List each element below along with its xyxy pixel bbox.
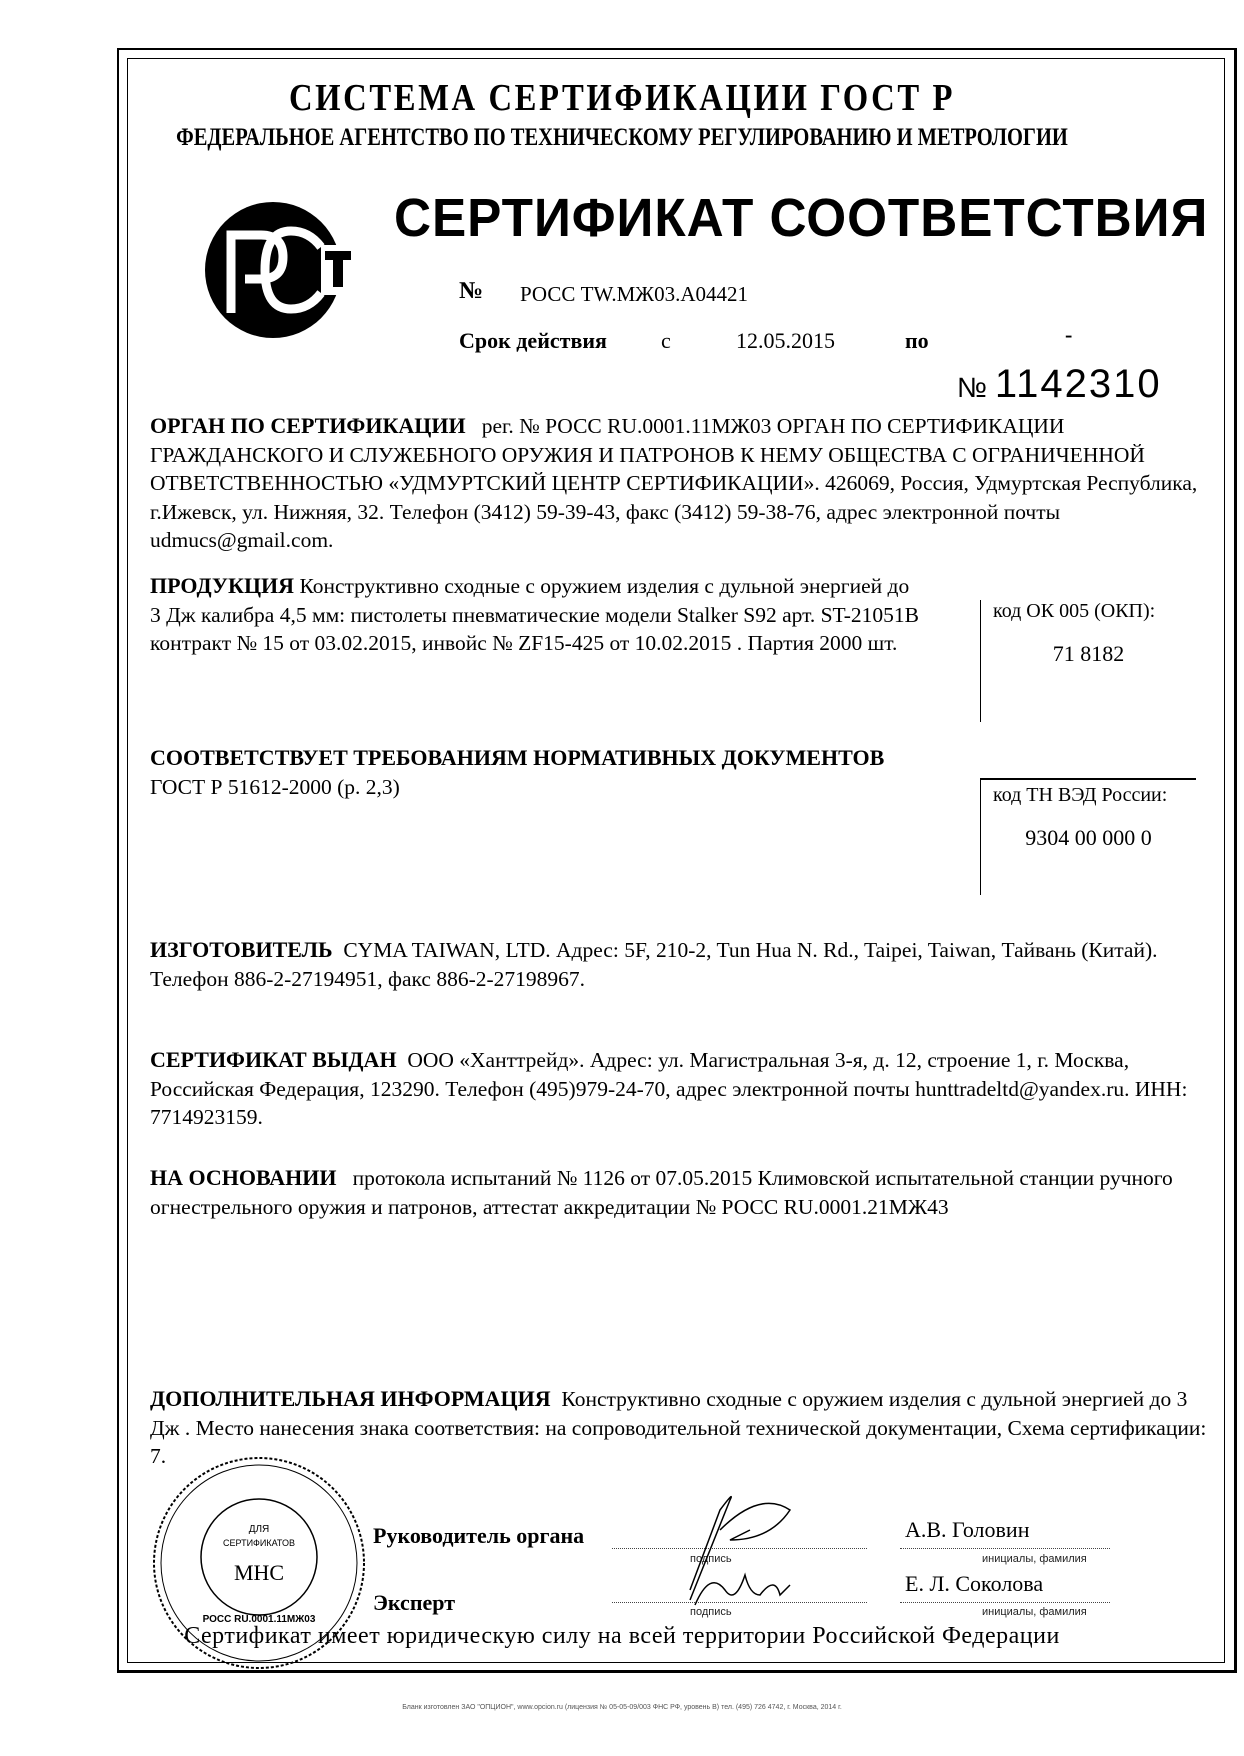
expert-name: Е. Л. Соколова: [905, 1571, 1043, 1597]
cert-number-label: №: [459, 278, 483, 305]
issued-to-label: СЕРТИФИКАТ ВЫДАН: [150, 1047, 397, 1072]
validity-from-label: с: [661, 328, 671, 354]
okp-code-label: код ОК 005 (ОКП):: [981, 600, 1196, 623]
manufacturer-label: ИЗГОТОВИТЕЛЬ: [150, 937, 333, 962]
svg-text:ДЛЯ: ДЛЯ: [249, 1524, 270, 1535]
head-name-line: [900, 1548, 1110, 1549]
section-organ: ОРГАН ПО СЕРТИФИКАЦИИ рег. № РОСС RU.000…: [150, 412, 1230, 555]
section-product: ПРОДУКЦИЯ Конструктивно сходные с оружие…: [150, 572, 920, 658]
expert-signature-icon: [690, 1565, 800, 1610]
agency-title: ФЕДЕРАЛЬНОЕ АГЕНТСТВО ПО ТЕХНИЧЕСКОМУ РЕ…: [112, 124, 1132, 152]
tnved-code-value: 9304 00 000 0: [981, 825, 1196, 851]
svg-text:МНС: МНС: [234, 1560, 284, 1585]
tnved-code-box: код ТН ВЭД России: 9304 00 000 0: [980, 778, 1196, 895]
section-issued-to: СЕРТИФИКАТ ВЫДАН ООО «Ханттрейд». Адрес:…: [150, 1046, 1210, 1132]
blank-number-label: №: [957, 372, 987, 403]
blank-number-value: 1142310: [995, 362, 1162, 406]
blank-number: № 1142310: [957, 362, 1162, 407]
cert-number: РОСС TW.МЖ03.А04421: [520, 282, 748, 307]
head-name-caption: инициалы, фамилия: [982, 1553, 1087, 1565]
printer-imprint: Бланк изготовлен ЗАО "ОПЦИОН", www.opcio…: [0, 1704, 1244, 1711]
legal-validity-text: Сертификат имеет юридическую силу на все…: [0, 1623, 1244, 1650]
section-basis: НА ОСНОВАНИИ протокола испытаний № 1126 …: [150, 1164, 1210, 1221]
svg-text:СЕРТИФИКАТОВ: СЕРТИФИКАТОВ: [223, 1538, 295, 1548]
expert-name-line: [900, 1602, 1110, 1603]
basis-label: НА ОСНОВАНИИ: [150, 1165, 337, 1190]
expert-name-caption: инициалы, фамилия: [982, 1606, 1087, 1618]
expert-role: Эксперт: [373, 1590, 455, 1616]
validity-to-label: по: [905, 328, 929, 354]
tnved-code-label: код ТН ВЭД России:: [981, 780, 1196, 807]
validity-to-date: -: [1065, 322, 1072, 348]
section-manufacturer: ИЗГОТОВИТЕЛЬ CYMA TAIWAN, LTD. Адрес: 5F…: [150, 936, 1210, 993]
document-title: СЕРТИФИКАТ СООТВЕТСТВИЯ: [394, 187, 1208, 249]
validity-from-date: 12.05.2015: [736, 328, 835, 354]
validity-label: Срок действия: [459, 328, 607, 354]
system-title: СИСТЕМА СЕРТИФИКАЦИИ ГОСТ Р: [87, 76, 1157, 120]
additional-label: ДОПОЛНИТЕЛЬНАЯ ИНФОРМАЦИЯ: [150, 1386, 551, 1411]
organ-label: ОРГАН ПО СЕРТИФИКАЦИИ: [150, 413, 466, 438]
requirements-text: ГОСТ Р 51612-2000 (р. 2,3): [150, 775, 400, 799]
head-name: А.В. Головин: [905, 1517, 1029, 1543]
rst-logo-icon: [203, 195, 353, 345]
head-role: Руководитель органа: [373, 1523, 584, 1549]
product-label: ПРОДУКЦИЯ: [150, 573, 294, 598]
requirements-label: СООТВЕТСТВУЕТ ТРЕБОВАНИЯМ НОРМАТИВНЫХ ДО…: [150, 744, 950, 773]
section-requirements: СООТВЕТСТВУЕТ ТРЕБОВАНИЯМ НОРМАТИВНЫХ ДО…: [150, 744, 950, 801]
okp-code-value: 71 8182: [981, 641, 1196, 667]
okp-code-box: код ОК 005 (ОКП): 71 8182: [980, 600, 1196, 722]
